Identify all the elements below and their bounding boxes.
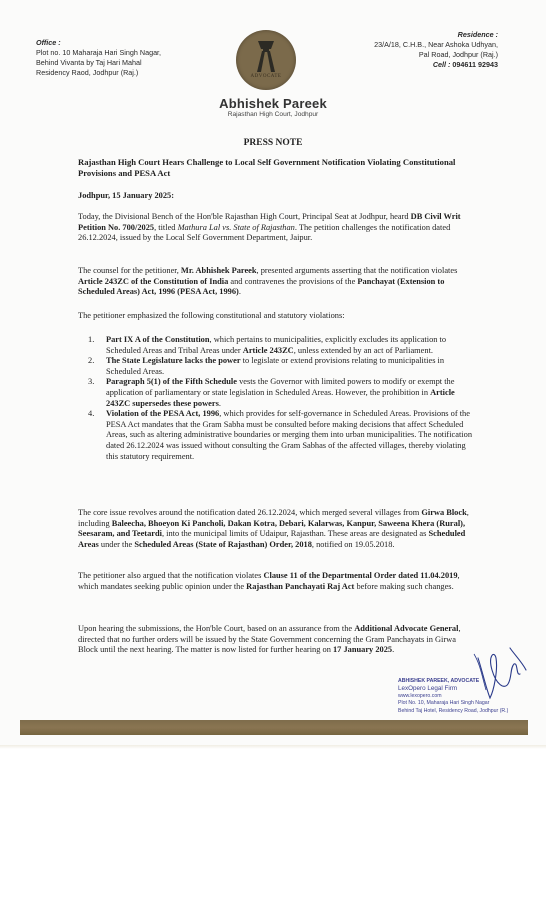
text: under the (99, 540, 135, 549)
dateline: Jodhpur, 15 January 2025: (78, 191, 476, 202)
text: The State Legislature lacks the power (106, 356, 241, 365)
signature-icon (470, 640, 530, 710)
text: Article 243ZC (243, 346, 294, 355)
list-item: 1. Part IX A of the Constitution, which … (88, 335, 478, 356)
text: The core issue revolves around the notif… (78, 508, 421, 517)
list-number: 4. (88, 409, 94, 420)
text: Additional Advocate General (354, 624, 458, 633)
cell-label: Cell : (433, 60, 451, 69)
logo-text: ADVOCATE (236, 74, 296, 79)
text: Today, the Divisional Bench of the Hon'b… (78, 212, 411, 221)
letterhead-brand: Abhishek Pareek Rajasthan High Court, Jo… (0, 96, 546, 118)
case-title: Mathura Lal vs. State of Rajasthan (178, 223, 295, 232)
text: , presented arguments asserting that the… (257, 266, 458, 275)
text: The counsel for the petitioner, (78, 266, 181, 275)
text: . (219, 399, 221, 408)
residence-label: Residence : (374, 30, 498, 40)
paragraph-hearing: Today, the Divisional Bench of the Hon'b… (78, 212, 476, 244)
page-edge (0, 745, 546, 749)
text: before making such changes. (354, 582, 453, 591)
text: Upon hearing the submissions, the Hon'bl… (78, 624, 354, 633)
paragraph-court-direction: Upon hearing the submissions, the Hon'bl… (78, 624, 476, 656)
violations-list: 1. Part IX A of the Constitution, which … (88, 335, 478, 462)
cell-phone: Cell : 094611 92943 (374, 60, 498, 70)
document-page: Office : Plot no. 10 Maharaja Hari Singh… (0, 0, 546, 745)
list-item: 2. The State Legislature lacks the power… (88, 356, 478, 377)
article-ref: Article 243ZC of the Constitution of Ind… (78, 277, 228, 286)
block-name: Girwa Block (421, 508, 466, 517)
list-number: 2. (88, 356, 94, 367)
clause-ref: Clause 11 of the Departmental Order date… (263, 571, 457, 580)
text: , into the municipal limits of Udaipur, … (162, 529, 429, 538)
letterhead-footer-bar (20, 720, 528, 735)
paragraph-departmental-order: The petitioner also argued that the noti… (78, 571, 476, 592)
advocate-court: Rajasthan High Court, Jodhpur (0, 111, 546, 118)
office-line: Plot no. 10 Maharaja Hari Singh Nagar, (36, 48, 161, 58)
office-label: Office : (36, 38, 161, 48)
text: Part IX A of the Constitution (106, 335, 210, 344)
paragraph-violations-intro: The petitioner emphasized the following … (78, 311, 476, 322)
text: , unless extended by an act of Parliamen… (294, 346, 433, 355)
text: , titled (154, 223, 178, 232)
list-item: 3. Paragraph 5(1) of the Fifth Schedule … (88, 377, 478, 409)
text: Violation of the PESA Act, 1996 (106, 409, 219, 418)
text: The petitioner also argued that the noti… (78, 571, 263, 580)
residence-line: 23/A/18, C.H.B., Near Ashoka Udhyan, (374, 40, 498, 50)
office-address: Office : Plot no. 10 Maharaja Hari Singh… (36, 38, 161, 78)
paragraph-counsel: The counsel for the petitioner, Mr. Abhi… (78, 266, 476, 298)
text: and contravenes the provisions of the (228, 277, 357, 286)
list-number: 3. (88, 377, 94, 388)
headline: Rajasthan High Court Hears Challenge to … (78, 157, 476, 178)
next-hearing-date: 17 January 2025 (333, 645, 392, 654)
list-number: 1. (88, 335, 94, 346)
counsel-name: Mr. Abhishek Pareek (181, 266, 257, 275)
advocate-bands-icon (236, 30, 296, 90)
residence-address: Residence : 23/A/18, C.H.B., Near Ashoka… (374, 30, 498, 70)
paragraph-core-issue: The core issue revolves around the notif… (78, 508, 476, 550)
advocate-logo: ADVOCATE (236, 30, 296, 90)
office-line: Residency Raod, Jodhpur (Raj.) (36, 68, 161, 78)
text: . (392, 645, 394, 654)
residence-line: Pal Road, Jodhpur (Raj.) (374, 50, 498, 60)
text: . (239, 287, 241, 296)
order-ref: Scheduled Areas (State of Rajasthan) Ord… (134, 540, 312, 549)
text: Paragraph 5(1) of the Fifth Schedule (106, 377, 237, 386)
advocate-name: Abhishek Pareek (0, 96, 546, 111)
document-title: PRESS NOTE (0, 138, 546, 148)
list-item: 4. Violation of the PESA Act, 1996, whic… (88, 409, 478, 462)
act-ref: Rajasthan Panchayati Raj Act (246, 582, 354, 591)
office-line: Behind Vivanta by Taj Hari Mahal (36, 58, 161, 68)
cell-number: 094611 92943 (452, 60, 498, 69)
text: , notified on 19.05.2018. (312, 540, 395, 549)
